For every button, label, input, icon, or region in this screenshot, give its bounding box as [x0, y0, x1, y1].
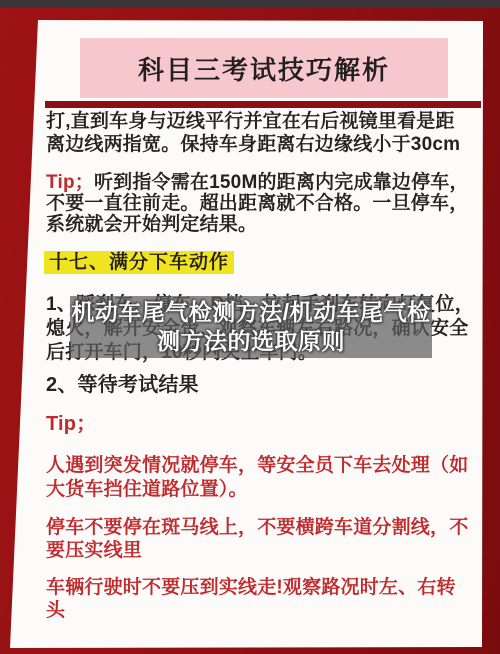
video-caption-overlay: 机动车尾气检测方法/机动车尾气检 测方法的选取原则 — [70, 296, 432, 358]
poster-title: 科目三考试技巧解析 — [138, 50, 390, 87]
warning-paragraph-2: 停车不要停在斑马线上，不要横跨车道分割线，不 要压实线里 — [46, 516, 474, 562]
warning-paragraph-1: 人遇到突发情况就停车，等安全员下车去处理（如 大货车挡住道路位置）。 — [46, 454, 474, 502]
page-background: { "theme": { "background_left": "#9e1315… — [0, 0, 500, 654]
tip-label-2: Tip； — [46, 413, 474, 435]
step-2-heading: 2、等待考试结果 — [46, 374, 474, 396]
warning-paragraph-3: 车辆行驶时不要压到实线走!观察路况时左、右转 头 — [46, 576, 474, 622]
tip-paragraph: Tip；听到指令需在150M的距离内完成靠边停车， 不要一直往前走。超出距离就不… — [46, 172, 474, 235]
title-divider — [45, 101, 481, 108]
caption-text: 机动车尾气检测方法/机动车尾气检 测方法的选取原则 — [71, 298, 430, 356]
tip-label: Tip； — [46, 172, 94, 193]
poster-title-bar: 科目三考试技巧解析 — [80, 38, 448, 98]
intro-paragraph: 打,直到车身与迈线平行并宜在右后视镜里看是距 离边线两指宽。保持车身距离右边缘线… — [46, 110, 474, 156]
tip-text: 听到指令需在150M的距离内完成靠边停车， 不要一直往前走。超出距离就不合格。一… — [46, 172, 469, 235]
top-bar — [0, 0, 500, 8]
section-heading: 十七、满分下车动作 — [44, 251, 234, 274]
